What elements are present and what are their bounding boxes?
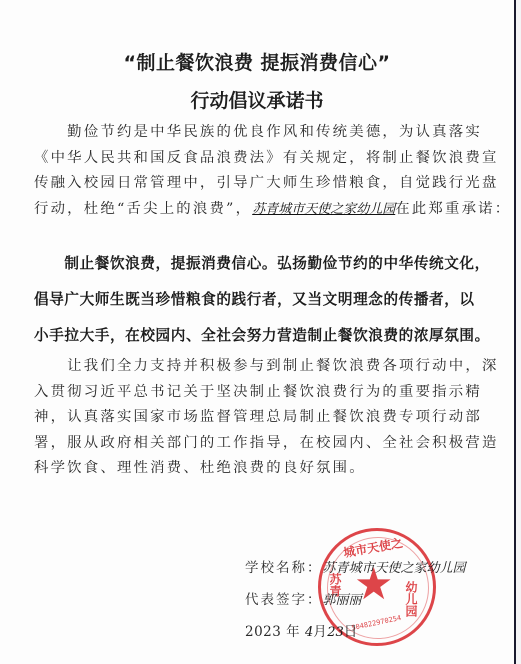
date-year-unit: 年 bbox=[281, 624, 305, 640]
date-day: 23 bbox=[327, 625, 344, 640]
document-title-line1: “制止餐饮浪费 提振消费信心” bbox=[0, 48, 514, 75]
date-month-unit: 月 bbox=[313, 624, 327, 640]
representative-row: 代表签字：郭丽丽 bbox=[245, 588, 362, 608]
paragraph-intro: 勤俭节约是中华民族的优良作风和传统美德，为认真落实 《中华人民共和国反食品浪费法… bbox=[34, 120, 464, 222]
school-name-row: 学校名称：苏青城市天使之家幼儿园 bbox=[245, 556, 466, 576]
representative-signature: 郭丽丽 bbox=[323, 593, 362, 608]
paragraph-line: 神，认真落实国家市场监督管理总局制止餐饮浪费专项行动部 bbox=[34, 405, 464, 431]
paragraph-text: 在此郑重承诺： bbox=[395, 201, 511, 217]
paragraph-line: 科学饮食、理性消费、杜绝浪费的良好氛围。 bbox=[34, 456, 464, 482]
paragraph-call-to-action: 让我们全力支持并积极参与到制止餐饮浪费各项行动中，深 入贯彻习近平总书记关于坚决… bbox=[34, 354, 464, 482]
school-name-label: 学校名称： bbox=[245, 560, 323, 576]
paragraph-line: 入贯彻习近平总书记关于坚决制止餐饮浪费行为的重要指示精 bbox=[34, 380, 464, 406]
paragraph-text: 行动，杜绝“舌尖上的浪费”， bbox=[34, 201, 252, 217]
representative-label: 代表签字： bbox=[245, 592, 323, 608]
date-row: 2023 年 4月23日 bbox=[245, 620, 358, 640]
paragraph-line: 倡导广大师生既当珍惜粮食的践行者，又当文明理念的传播者，以 bbox=[34, 282, 464, 318]
paragraph-line: 小手拉大手，在校园内、全社会努力营造制止餐饮浪费的浓厚氛围。 bbox=[34, 318, 464, 354]
date-month: 4 bbox=[305, 625, 313, 640]
paragraph-line: 勤俭节约是中华民族的优良作风和传统美德，为认真落实 bbox=[34, 120, 464, 146]
school-name-handwritten: 苏青城市天使之家幼儿园 bbox=[323, 561, 466, 576]
paragraph-line: 行动，杜绝“舌尖上的浪费”，苏青城市天使之家幼儿园在此郑重承诺： bbox=[34, 197, 464, 223]
paragraph-line: 署，服从政府相关部门的工作指导，在校园内、全社会积极营造 bbox=[34, 431, 464, 457]
handwritten-school-name: 苏青城市天使之家幼儿园 bbox=[252, 202, 395, 217]
seal-right-text: 幼儿园 bbox=[403, 581, 420, 617]
paragraph-line: 传融入校园日常管理中，引导广大师生珍惜粮食，自觉践行光盘 bbox=[34, 171, 464, 197]
date-day-unit: 日 bbox=[344, 624, 358, 640]
background-margin bbox=[516, 0, 521, 664]
paragraph-line: 制止餐饮浪费，提振消费信心。弘扬勤俭节约的中华传统文化， bbox=[34, 246, 464, 282]
paragraph-line: 让我们全力支持并积极参与到制止餐饮浪费各项行动中，深 bbox=[34, 354, 464, 380]
paragraph-pledge: 制止餐饮浪费，提振消费信心。弘扬勤俭节约的中华传统文化， 倡导广大师生既当珍惜粮… bbox=[34, 246, 464, 354]
document-page: “制止餐饮浪费 提振消费信心” 行动倡议承诺书 勤俭节约是中华民族的优良作风和传… bbox=[0, 0, 514, 664]
date-year: 2023 bbox=[245, 624, 281, 640]
document-title-line2: 行动倡议承诺书 bbox=[0, 86, 514, 113]
paragraph-line: 《中华人民共和国反食品浪费法》有关规定，将制止餐饮浪费宣 bbox=[34, 146, 464, 172]
